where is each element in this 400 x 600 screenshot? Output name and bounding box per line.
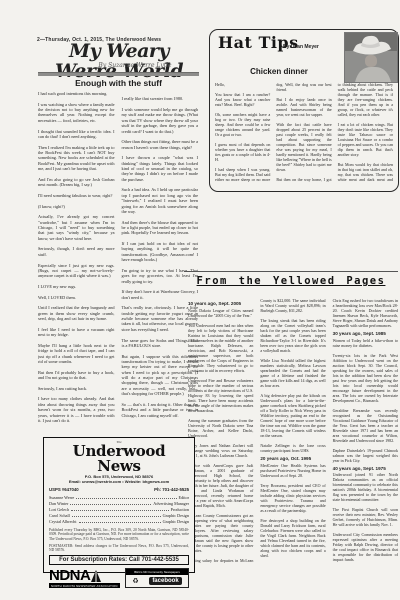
- staff-name: Dan Winter: [49, 501, 68, 507]
- staff-role: Editor: [179, 495, 189, 501]
- columnist-photo: [344, 32, 398, 83]
- ndna-caption: NORTH DAKOTA NEWSPAPER ASSOCIATION: [49, 583, 120, 588]
- staff-name: Carol Schall: [49, 513, 70, 519]
- yp-items-1985: Women of Today held a bike-a-thon to rai…: [333, 338, 398, 463]
- staff-name: Lori Gelech: [49, 507, 69, 513]
- recycle-icon: ♻: [132, 577, 138, 585]
- staff-role: Graphic Design: [163, 519, 189, 525]
- bhg-badge: BHG's ND Community Newspapers ♻ facebook: [125, 568, 189, 588]
- dotted-leader: [70, 501, 151, 505]
- ndna-logo: NDNA NORTH DAKOTA NEWSPAPER ASSOCIATION: [49, 568, 120, 588]
- yellowed-pages-title: From the Yellowed Pages: [184, 271, 398, 287]
- staff-role: Production: [171, 507, 189, 513]
- hat-tips-byline: By Dean Meyer: [283, 44, 319, 50]
- yellowed-pages-body: 10 years ago, Sept. 2005 North Dakota Le…: [188, 298, 398, 566]
- yp-heading-1995: 20 years ago, Oct. 1995: [260, 456, 325, 462]
- cowboy-hat-portrait-icon: [345, 33, 397, 82]
- staff-role: Graphic Design: [163, 513, 189, 519]
- dotted-leader: [76, 495, 176, 499]
- staff-list: Suzanne Werre Editor Dan Winter Advertis…: [49, 495, 189, 525]
- dotted-leader: [79, 519, 161, 523]
- newspaper-page: 2—Thursday, Oct. 1, 2015, The Underwood …: [0, 0, 400, 600]
- usps-number: USPS #647040: [49, 487, 79, 492]
- subscription-rates-bar: For Subscription Rates: Call 701-442-553…: [49, 555, 189, 565]
- facebook-logo: facebook: [149, 577, 181, 585]
- masthead-box: The Underwood News P.O. Box 575, Underwo…: [43, 437, 195, 573]
- wheat-icon: [90, 569, 102, 582]
- phone-number: Ph: 701-442-5525: [154, 487, 189, 492]
- hat-tips-body-text: Hello, You know that I am a rancher? And…: [215, 82, 393, 185]
- weary-headline: Enough with the stuff: [38, 78, 199, 88]
- newspaper-title: Underwood News: [49, 444, 189, 474]
- hat-tips-headline: Chicken dinner: [216, 67, 342, 76]
- logo-row: NDNA NORTH DAKOTA NEWSPAPER ASSOCIATION …: [49, 568, 189, 588]
- staff-name: Crystal Albrecht: [49, 519, 77, 525]
- masthead-rule: [38, 72, 199, 76]
- dotted-leader: [71, 507, 168, 511]
- yp-heading-1985: 30 years ago, Sept. 1985: [333, 331, 398, 337]
- weary-column-byline: By Suzanne Werre Lytle: [70, 62, 200, 69]
- dotted-leader: [72, 513, 161, 517]
- ndna-letters: NDNA: [49, 568, 90, 583]
- postmaster-fine-print: POSTMASTER: Send address changes to The …: [49, 544, 189, 553]
- publishing-fine-print: Published every Thursday by BHG, Inc., P…: [49, 528, 189, 541]
- weary-body-text: I had such good intentions this morning.…: [38, 91, 198, 425]
- staff-row: Crystal Albrecht Graphic Design: [49, 519, 189, 525]
- newspaper-contact: Email: unews@westriv.com • Website: bhgn…: [49, 479, 189, 484]
- yp-heading-2005: 10 years ago, Sept. 2005: [188, 301, 253, 307]
- usps-phone-row: USPS #647040 Ph: 701-442-5525: [49, 487, 189, 492]
- yp-heading-1975: 40 years ago, Sept. 1975: [333, 466, 398, 472]
